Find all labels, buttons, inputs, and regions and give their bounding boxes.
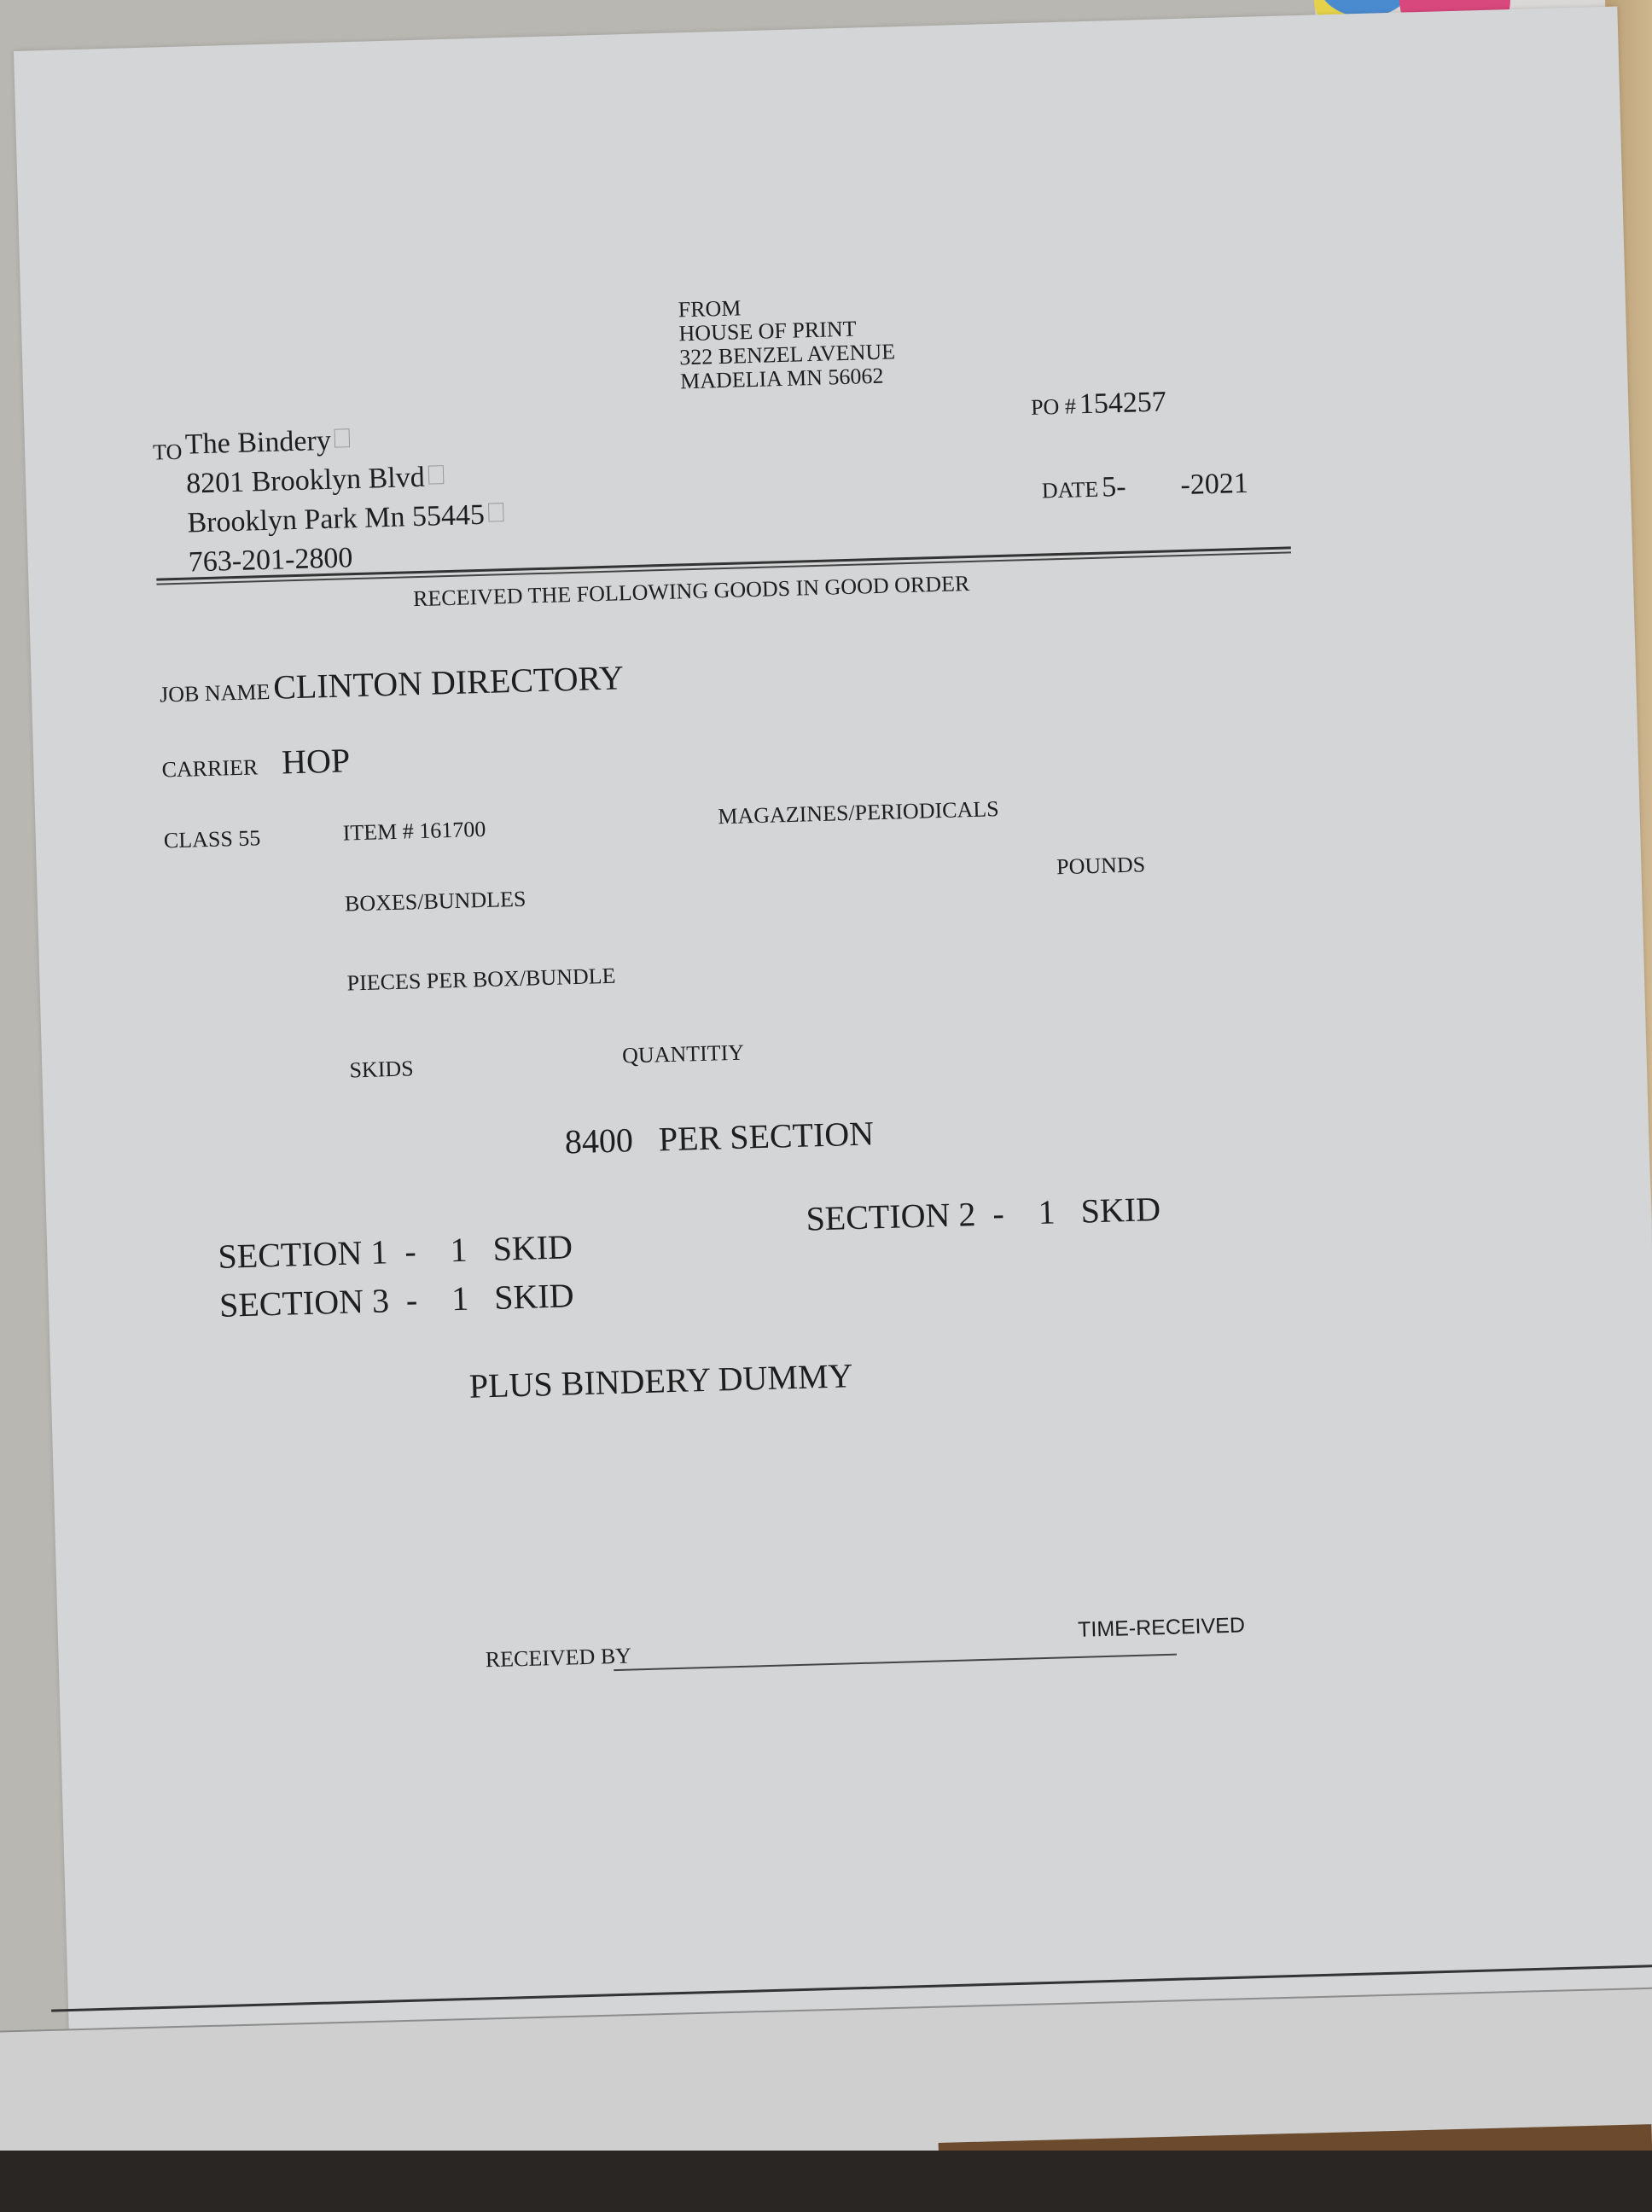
job-name-label: JOB NAME	[160, 679, 270, 707]
date-month: 5-	[1102, 471, 1126, 504]
to-name: The Bindery	[184, 424, 350, 461]
from-block: FROM HOUSE OF PRINT 322 BENZEL AVENUE MA…	[14, 7, 1617, 51]
job-name-field: JOB NAME CLINTON DIRECTORY	[159, 657, 624, 710]
signature-line[interactable]	[614, 1654, 1177, 1671]
date-label: DATE	[1041, 477, 1098, 504]
section-3-line: SECTION 3 - 1 SKID	[218, 1275, 574, 1325]
from-city-state-zip: MADELIA MN 56062	[680, 364, 884, 395]
category-label: MAGAZINES/PERIODICALS	[718, 796, 999, 829]
checkbox-glyph	[488, 503, 504, 521]
extra-note: PLUS BINDERY DUMMY	[468, 1355, 853, 1406]
section-1-line: SECTION 1 - 1 SKID	[218, 1226, 573, 1277]
po-label: PO #	[1031, 393, 1077, 419]
to-street: 8201 Brooklyn Blvd	[186, 461, 445, 500]
section-2-line: SECTION 2 - 1 SKID	[806, 1189, 1161, 1239]
job-name-value: CLINTON DIRECTORY	[273, 658, 625, 706]
from-label: FROM	[678, 295, 742, 323]
received-statement: RECEIVED THE FOLLOWING GOODS IN GOOD ORD…	[413, 571, 970, 612]
to-city-state-zip: Brooklyn Park Mn 55445	[187, 498, 503, 539]
pieces-per-bundle-label: PIECES PER BOX/BUNDLE	[346, 963, 616, 997]
quantity-value: 8400 PER SECTION	[564, 1113, 874, 1161]
time-received-label: TIME-RECEIVED	[1078, 1613, 1246, 1642]
checkbox-glyph	[334, 428, 350, 447]
received-by-label: RECEIVED BY	[485, 1644, 631, 1674]
delivery-receipt-form: FROM HOUSE OF PRINT 322 BENZEL AVENUE MA…	[14, 7, 1652, 2116]
po-number: PO # 154257	[1031, 386, 1167, 422]
class-label: CLASS 55	[163, 825, 260, 853]
po-value: 154257	[1079, 386, 1166, 420]
carrier-label: CARRIER	[161, 754, 258, 782]
floor-shadow	[0, 2151, 1652, 2212]
to-label: TO	[153, 439, 183, 466]
carrier-value: HOP	[281, 741, 350, 781]
date-year: -2021	[1180, 468, 1248, 501]
to-block: TO The Bindery 8201 Brooklyn Blvd Brookl…	[14, 7, 1617, 51]
quantity-label: QUANTITIY	[622, 1040, 745, 1069]
skids-label: SKIDS	[349, 1056, 414, 1083]
date-field: DATE 5- -2021	[1041, 468, 1248, 506]
boxes-bundles-label: BOXES/BUNDLES	[345, 887, 526, 917]
item-number: ITEM # 161700	[342, 817, 486, 847]
checkbox-glyph	[428, 465, 444, 484]
pounds-label: POUNDS	[1056, 852, 1146, 880]
carrier-field: CARRIER HOP	[161, 740, 351, 785]
